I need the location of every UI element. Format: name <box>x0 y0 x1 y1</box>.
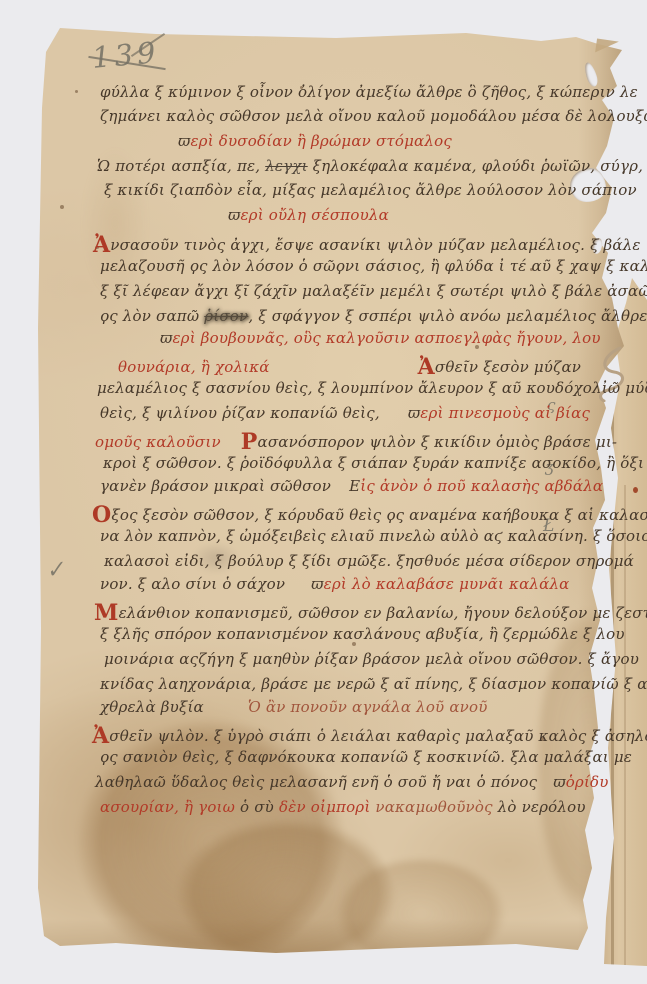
text-line: θεὶς, ξ ψιλίνου ῥίζαν κοπανίῶ θεὶς,ϖερὶ … <box>100 405 590 422</box>
text-line: Ἀσθεῖν ψιλὸν. ξ ὑγρὸ σιάπι ὁ λειάλαι καθ… <box>92 724 647 748</box>
rubric-text: Ἀ <box>418 354 435 380</box>
rubric-text: ερὶ πινεσμοὺς αἱ βίας <box>420 404 590 422</box>
ink-text: ῥίσον <box>204 307 248 325</box>
ink-text: ξ ξῖ λέφεαν ἄγχι ξῖ ζάχῖν μαλαξέῖν μεμέλ… <box>100 282 647 300</box>
ink-text: μελαζουσῆ ϙς λὸν λόσον ὁ σῶϙνι σάσιος, ἢ… <box>100 257 647 275</box>
rubric-text: ὁρίδυ <box>566 773 609 791</box>
ink-text: , ξ σφάγγον ξ σσπέρι ψιλὸ ανόω μελαμέλιο… <box>248 307 647 325</box>
red-ink-dot <box>633 487 638 493</box>
text-line: καλασοὶ εἰδι, ξ βούλυρ ξ ξίδι σμῶξε. ξησ… <box>104 553 634 570</box>
text-line: ϙς σανιὸν θεὶς, ξ δαφνόκουκα κοπανίῶ ξ κ… <box>100 749 632 766</box>
folded-corner <box>595 39 619 56</box>
text-line: θουνάρια, ἢ χολικάἈσθεῖν ξεσὸν μύζαν <box>118 355 581 379</box>
ink-text: θεὶς, ξ ψιλίνου ῥίζαν κοπανίῶ θεὶς, <box>100 404 380 422</box>
text-line: να λὸν καπνὸν, ξ ὠμόξειβεὶς ελιαῦ πινελὼ… <box>100 528 647 545</box>
text-line: κροὶ ξ σῶθσον. ξ ῥοϊδόφυλλα ξ σιάπαν ξυρ… <box>103 455 644 472</box>
rubric-text: Ἀ <box>93 232 110 258</box>
ink-text: μοινάρια αςζήγη ξ μαηθὺν ῥίξαν βράσον με… <box>104 650 639 668</box>
text-line: ομοῦς καλοῦσινΡασανόσπορον ψιλὸν ξ κικίδ… <box>95 430 617 454</box>
ink-text: μελαμέλιος ξ σασνίου θεὶς, ξ λουμπίνον ἄ… <box>97 379 647 397</box>
ink-text: σθεῖν ψιλὸν. ξ ὑγρὸ σιάπι ὁ λειάλαι καθα… <box>109 727 647 745</box>
ink-text: κνίδας λαηχονάρια, βράσε με νερῶ ξ αῖ πί… <box>100 675 647 693</box>
ink-text: ϖ <box>178 132 190 150</box>
ink-text: νον. ξ αλο σίνι ὁ σάχον <box>100 575 285 593</box>
ink-text: ξ ξλῆς σπόρον κοπανισμένον κασλάνους αβυ… <box>100 625 625 643</box>
text-line: νον. ξ αλο σίνι ὁ σάχονϖερὶ λὸ καλαβάσε … <box>100 576 570 593</box>
text-line: κνίδας λαηχονάρια, βράσε με νερῶ ξ αῖ πί… <box>100 676 647 693</box>
text-line: ϖερὶ οὔλη σέσπουλα <box>228 207 389 224</box>
ink-text: ασανόσπορον ψιλὸν ξ κικίδιν ὁμιὸς βράσε … <box>258 433 618 451</box>
rubric-text: ερὶ βουβουνᾶς, οὓς καλγοῦσιν ασποεγλφὰς … <box>172 329 600 347</box>
rubric-text: Ρ <box>241 429 258 455</box>
text-line: ασουρίαν, ἢ γοιω ὁ σὺ δὲν οἰμπορὶ νακαμω… <box>100 799 586 816</box>
text-line: μελαμέλιος ξ σασνίου θεὶς, ξ λουμπίνον ἄ… <box>97 380 647 397</box>
ink-text: καλασοὶ εἰδι, ξ βούλυρ ξ ξίδι σμῶξε. ξησ… <box>104 552 634 570</box>
text-line: Μελάνθιον κοπανισμεῦ, σῶθσον εν βαλανίω,… <box>94 601 647 625</box>
ink-text: σθεῖν ξεσὸν μύζαν <box>435 358 581 376</box>
text-line: ϖερὶ βουβουνᾶς, οὓς καλγοῦσιν ασποεγλφὰς… <box>160 330 601 347</box>
ink-text: ξηλοκέφαλα καμένα, φλούδι ῥωϊῶν, σύγρ, ᾶ… <box>308 157 647 175</box>
rubric-text: Μ <box>94 600 119 626</box>
foxing-speck <box>60 205 64 209</box>
water-stain <box>336 856 506 971</box>
rubric-text: ερὶ λὸ καλαβάσε μυνᾶι καλάλα <box>324 575 570 593</box>
ink-text: Ὁ ἂν πονοῦν αγνάλα λοῦ ανοῦ <box>248 698 488 716</box>
rubric-text: ἰς ἀνὸν ὁ ποῦ καλασὴς αβδάλα <box>360 477 603 495</box>
ink-text: λὸ νερόλου <box>498 798 586 816</box>
ink-text: Ὡ ποτέρι ασπξία, πε, <box>97 157 265 175</box>
ink-text: ϙς σανιὸν θεὶς, ξ δαφνόκουκα κοπανίῶ ξ κ… <box>100 748 632 766</box>
ink-text: ὁ σὺ <box>240 798 279 816</box>
text-line: μελαζουσῆ ϙς λὸν λόσον ὁ σῶϙνι σάσιος, ἢ… <box>100 258 647 275</box>
rubric-text: δὲν οἰμπορὶ <box>279 798 375 816</box>
text-line: μοινάρια αςζήγη ξ μαηθὺν ῥίξαν βράσον με… <box>104 651 639 668</box>
ink-text: γανὲν βράσον μικραὶ σῶθσον <box>100 477 331 495</box>
ink-text: χθρελὰ βυξία <box>100 698 204 716</box>
ink-text: Ε <box>349 477 360 495</box>
water-stain <box>176 818 396 968</box>
text-line: χθρελὰ βυξίαὉ ἂν πονοῦν αγνάλα λοῦ ανοῦ <box>100 699 488 716</box>
ink-text: ϖ <box>553 773 565 791</box>
text-line: ϖερὶ δυσοδίαν ἢ βρώμαν στόμαλος <box>178 133 452 150</box>
text-line: λαθηλαῶ ὕδαλος θεὶς μελασανῆ ενῆ ὁ σοῦ ἤ… <box>95 774 609 791</box>
text-line: ξ κικίδι ζιαπδὸν εἶα, μίξας μελαμέλιος ἄ… <box>104 182 637 199</box>
text-line: γανὲν βράσον μικραὶ σῶθσονΕἰς ἀνὸν ὁ ποῦ… <box>100 478 603 495</box>
foxing-speck <box>318 32 322 36</box>
ink-text: ξος ξεσὸν σῶθσον, ξ κόρυδαῦ θεὶς ϙς αναμ… <box>111 506 647 524</box>
ink-text: ζημάνει καλὸς σῶθσον μελὰ οἴνου καλοῦ μο… <box>100 107 647 125</box>
ink-text: νσασοῦν τινὸς ἀγχι, ἔσψε ασανίκι ψιλὸν μ… <box>110 236 640 254</box>
ink-text: ξ κικίδι ζιαπδὸν εἶα, μίξας μελαμέλιος ἄ… <box>104 181 637 199</box>
text-line: Οξος ξεσὸν σῶθσον, ξ κόρυδαῦ θεὶς ϙς ανα… <box>92 503 647 527</box>
text-line: ϙς λὸν σαπῶ ῥίσον, ξ σφάγγον ξ σσπέρι ψι… <box>100 308 647 325</box>
text-line: Ἀνσασοῦν τινὸς ἀγχι, ἔσψε ασανίκι ψιλὸν … <box>93 233 641 257</box>
ink-text: ϖ <box>408 404 420 422</box>
ink-text: ελάνθιον κοπανισμεῦ, σῶθσον εν βαλανίω, … <box>119 604 647 622</box>
rubric-text: ομοῦς καλοῦσιν <box>95 433 221 451</box>
ink-text: λεγχι <box>265 157 308 175</box>
ink-text: ϖ <box>228 206 240 224</box>
ink-text: ϙς λὸν σαπῶ <box>100 307 204 325</box>
manuscript-scan: 139 ✓ ς ʒ Ł φύλλα ξ κύμινον ξ οἶνον ὀλίγ… <box>0 0 647 984</box>
rubric-text: θουνάρια, ἢ χολικά <box>118 358 270 376</box>
rubric-text: Ο <box>92 502 111 528</box>
text-line: ξ ξῖ λέφεαν ἄγχι ξῖ ζάχῖν μαλαξέῖν μεμέλ… <box>100 283 647 300</box>
ink-text: λαθηλαῶ ὕδαλος θεὶς μελασανῆ ενῆ ὁ σοῦ ἤ… <box>95 773 537 791</box>
foxing-speck <box>75 90 78 93</box>
ink-text: να λὸν καπνὸν, ξ ὠμόξειβεὶς ελιαῦ πινελὼ… <box>100 527 647 545</box>
ink-text: ϖ <box>311 575 323 593</box>
rubric-text: ερὶ δυσοδίαν ἢ βρώμαν στόμαλος <box>190 132 452 150</box>
text-line: Ὡ ποτέρι ασπξία, πε, λεγχι ξηλοκέφαλα κα… <box>97 158 647 175</box>
ink-text: κροὶ ξ σῶθσον. ξ ῥοϊδόφυλλα ξ σιάπαν ξυρ… <box>103 454 644 472</box>
ink-text: φύλλα ξ κύμινον ξ οἶνον ὀλίγον ἀμεξίω ἄλ… <box>100 83 638 101</box>
rubric-text: ερὶ οὔλη σέσπουλα <box>240 206 389 224</box>
ink-text: νακαμωθοῦνὸς <box>375 798 497 816</box>
text-line: ζημάνει καλὸς σῶθσον μελὰ οἴνου καλοῦ μο… <box>100 108 647 125</box>
rubric-text: Ἀ <box>92 723 109 749</box>
ink-text: ϖ <box>160 329 172 347</box>
rubric-text: ασουρίαν, ἢ γοιω <box>100 798 240 816</box>
text-line: φύλλα ξ κύμινον ξ οἶνον ὀλίγον ἀμεξίω ἄλ… <box>100 84 638 101</box>
text-line: ξ ξλῆς σπόρον κοπανισμένον κασλάνους αβυ… <box>100 626 625 643</box>
